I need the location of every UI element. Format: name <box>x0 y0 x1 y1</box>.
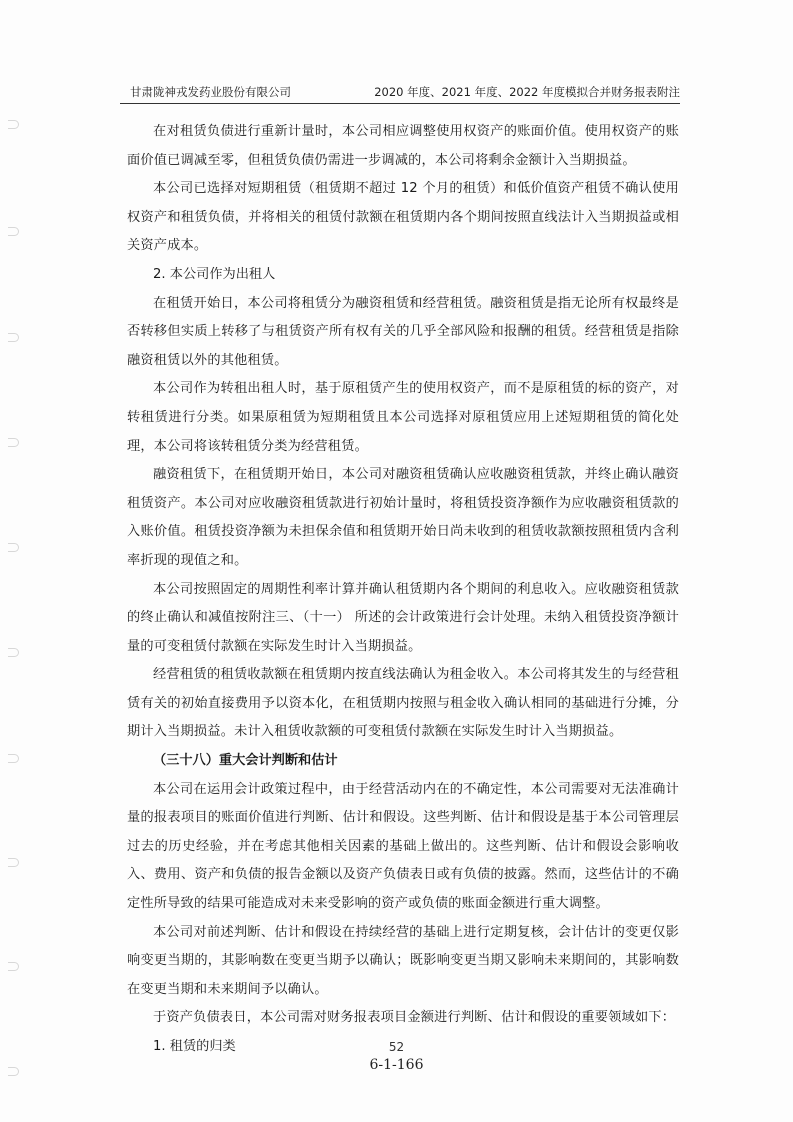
paragraph: 在租赁开始日，本公司将租赁分为融资租赁和经营租赁。融资租赁是指无论所有权最终是否… <box>127 290 679 376</box>
page-header: 甘肃陇神戎发药业股份有限公司 2020 年度、2021 年度、2022 年度模拟… <box>120 83 680 104</box>
paragraph: 本公司已选择对短期租赁（租赁期不超过 12 个月的租赁）和低价值资产租赁不确认使… <box>127 175 679 261</box>
binding-hole-mark <box>8 227 19 236</box>
paragraph: 本公司按照固定的周期性利率计算并确认租赁期内各个期间的利息收入。应收融资租赁款的… <box>127 576 679 662</box>
report-title: 2020 年度、2021 年度、2022 年度模拟合并财务报表附注 <box>374 84 680 100</box>
binding-hole-mark <box>8 120 19 129</box>
paragraph: 在对租赁负债进行重新计量时，本公司相应调整使用权资产的账面价值。使用权资产的账面… <box>127 118 679 175</box>
paragraph: 本公司对前述判断、估计和假设在持续经营的基础上进行定期复核，会计估计的变更仅影响… <box>127 919 679 1005</box>
binding-hole-mark <box>8 543 19 552</box>
binding-hole-mark <box>8 333 19 342</box>
paragraph: 融资租赁下，在租赁期开始日，本公司对融资租赁确认应收融资租赁款，并终止确认融资租… <box>127 461 679 575</box>
binding-hole-mark <box>8 648 19 657</box>
section-heading: （三十八）重大会计判断和估计 <box>127 747 679 776</box>
section-subheading: 2. 本公司作为出租人 <box>127 261 679 290</box>
paragraph: 于资产负债表日，本公司需对财务报表项目金额进行判断、估计和假设的重要领域如下： <box>127 1004 679 1033</box>
company-name: 甘肃陇神戎发药业股份有限公司 <box>130 84 291 100</box>
binding-hole-mark <box>8 858 19 867</box>
document-page: 甘肃陇神戎发药业股份有限公司 2020 年度、2021 年度、2022 年度模拟… <box>0 0 793 1122</box>
paragraph: 本公司在运用会计政策过程中，由于经营活动内在的不确定性，本公司需要对无法准确计量… <box>127 776 679 919</box>
document-code: 6-1-166 <box>0 1057 793 1073</box>
binding-hole-mark <box>8 438 19 447</box>
paragraph: 经营租赁的租赁收款额在租赁期内按直线法确认为租金收入。本公司将其发生的与经营租赁… <box>127 661 679 747</box>
binding-hole-mark <box>8 962 19 971</box>
page-number: 52 <box>0 1040 793 1054</box>
binding-hole-mark <box>8 754 19 763</box>
paragraph: 本公司作为转租出租人时，基于原租赁产生的使用权资产，而不是原租赁的标的资产，对转… <box>127 375 679 461</box>
document-body: 在对租赁负债进行重新计量时，本公司相应调整使用权资产的账面价值。使用权资产的账面… <box>127 118 679 1062</box>
